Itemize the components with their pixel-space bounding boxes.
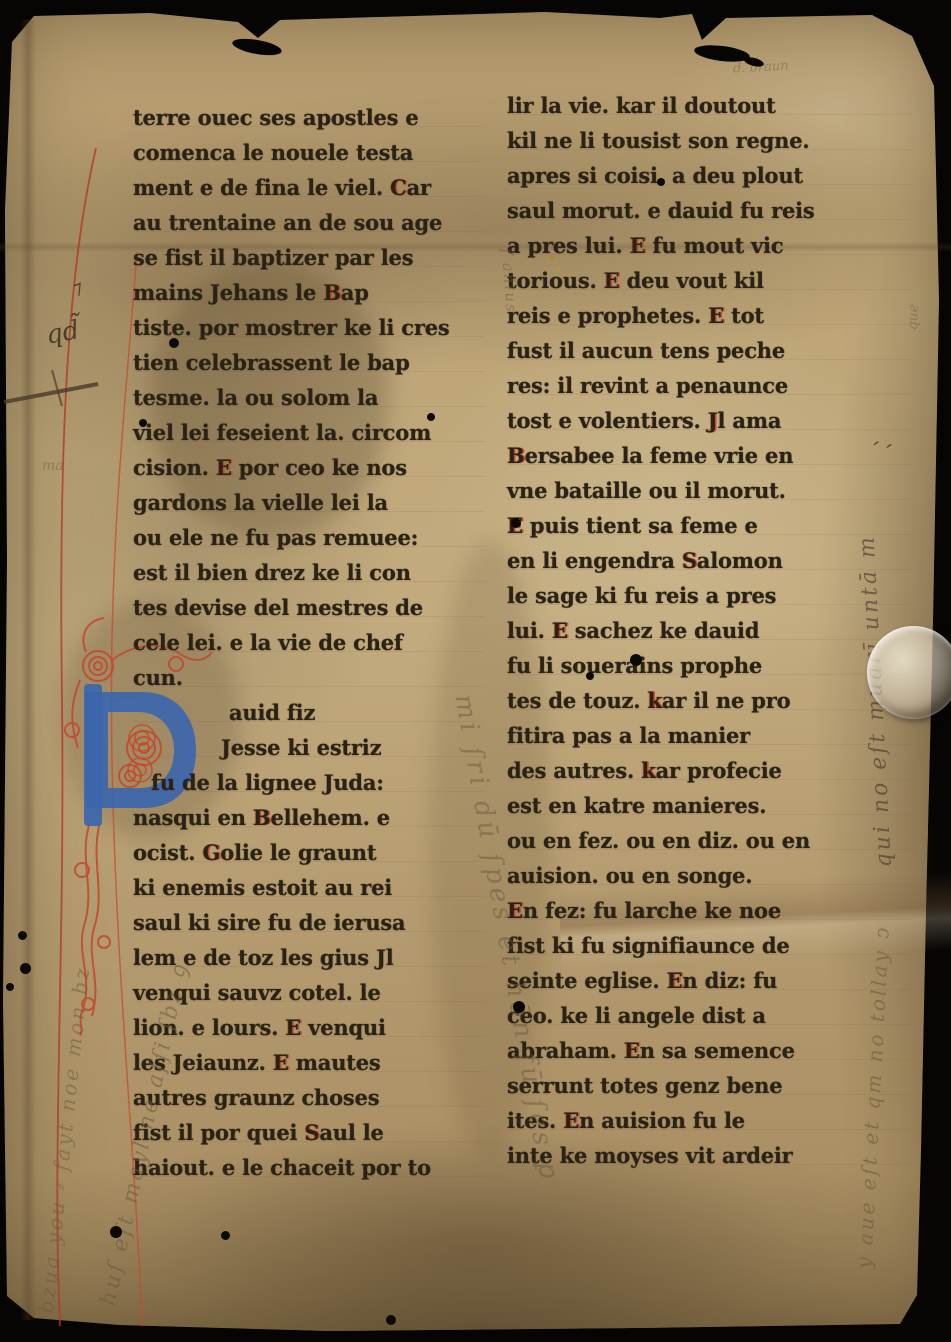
- manuscript-text-line: kil ne li tousist son regne.: [507, 123, 911, 158]
- manuscript-text-line: saul morut. e dauid fu reis: [507, 193, 911, 228]
- manuscript-text-line: Jesse ki estriz: [133, 730, 485, 765]
- manuscript-text-line: fist ki fu signifiaunce de: [507, 928, 911, 963]
- manuscript-scan: terre ouec ses apostles ecomenca le noue…: [0, 0, 951, 1342]
- manuscript-text-line: fitira pas a la manier: [507, 718, 911, 753]
- manuscript-text-line: serrunt totes genz bene: [507, 1068, 911, 1103]
- manuscript-text-line: ment e de fina le viel. Car: [133, 170, 485, 205]
- manuscript-text-line: comenca le nouele testa: [133, 135, 485, 170]
- ink-spot: [139, 419, 147, 427]
- manuscript-text-line: le sage ki fu reis a pres: [507, 578, 911, 613]
- manuscript-text-line: lion. e lours. E venqui: [133, 1010, 485, 1045]
- manuscript-text-line: ites. En auision fu le: [507, 1103, 911, 1138]
- manuscript-text-line: seinte eglise. En diz: fu: [507, 963, 911, 998]
- ink-spot: [386, 1315, 396, 1325]
- manuscript-text-line: gardons la vielle lei la: [133, 485, 485, 520]
- text-column-right: lir la vie. kar il doutoutkil ne li tous…: [507, 88, 911, 1173]
- manuscript-text-line: mains Jehans le Bap: [133, 275, 485, 310]
- ink-spot: [110, 1226, 122, 1238]
- manuscript-text-line: fust il aucun tens peche: [507, 333, 911, 368]
- manuscript-text-line: autres graunz choses: [133, 1080, 485, 1115]
- manuscript-text-line: ocist. Golie le graunt: [133, 835, 485, 870]
- manuscript-text-line: auision. ou en songe.: [507, 858, 911, 893]
- manuscript-text-line: fu de la lignee Juda:: [133, 765, 485, 800]
- manuscript-text-line: apres si coisi. a deu plout: [507, 158, 911, 193]
- manuscript-text-line: torious. E deu vout kil: [507, 263, 911, 298]
- text-column-left: terre ouec ses apostles ecomenca le noue…: [133, 100, 485, 1185]
- manuscript-text-line: vne bataille ou il morut.: [507, 473, 911, 508]
- manuscript-text-line: res: il revint a penaunce: [507, 368, 911, 403]
- manuscript-text-line: tesme. la ou solom la: [133, 380, 485, 415]
- ink-spot: [427, 413, 435, 421]
- manuscript-text-line: lir la vie. kar il doutout: [507, 88, 911, 123]
- manuscript-text-line: fu li souerains prophe: [507, 648, 911, 683]
- ink-spot: [169, 338, 179, 348]
- manuscript-text-line: haiout. e le chaceit por to: [133, 1150, 485, 1185]
- manuscript-text-line: ou en fez. ou en diz. ou en: [507, 823, 911, 858]
- ink-spot: [586, 672, 594, 680]
- manuscript-text-line: les Jeiaunz. E mautes: [133, 1045, 485, 1080]
- ink-spot: [18, 931, 27, 940]
- manuscript-text-line: tiste. por mostrer ke li cres: [133, 310, 485, 345]
- manuscript-text-line: lui. E sachez ke dauid: [507, 613, 911, 648]
- manuscript-text-line: tes de touz. kar il ne pro: [507, 683, 911, 718]
- manuscript-text-line: cision. E por ceo ke nos: [133, 450, 485, 485]
- manuscript-text-line: est il bien drez ke li con: [133, 555, 485, 590]
- manuscript-text-line: a pres lui. E fu mout vic: [507, 228, 911, 263]
- ink-spot: [221, 1231, 230, 1240]
- manuscript-text-line: inte ke moyses vit ardeir: [507, 1138, 911, 1173]
- ink-spot: [513, 1001, 525, 1013]
- manuscript-text-line: nasqui en Bellehem. e: [133, 800, 485, 835]
- manuscript-text-line: En fez: fu larche ke noe: [507, 893, 911, 928]
- manuscript-text-line: cele lei. e la vie de chef: [133, 625, 485, 660]
- manuscript-text-line: terre ouec ses apostles e: [133, 100, 485, 135]
- manuscript-text-line: cun.: [133, 660, 485, 695]
- manuscript-text-line: reis e prophetes. E tot: [507, 298, 911, 333]
- manuscript-text-line: saul ki sire fu de ierusa: [133, 905, 485, 940]
- manuscript-text-line: tien celebrassent le bap: [133, 345, 485, 380]
- manuscript-text-line: ki enemis estoit au rei: [133, 870, 485, 905]
- ink-spot: [630, 654, 642, 666]
- manuscript-text-line: est en katre manieres.: [507, 788, 911, 823]
- manuscript-text-line: abraham. En sa semence: [507, 1033, 911, 1068]
- ink-spot: [6, 983, 14, 991]
- manuscript-text-line: se fist il baptizer par les: [133, 240, 485, 275]
- ink-spot: [657, 178, 665, 186]
- manuscript-text-line: au trentaine an de sou age: [133, 205, 485, 240]
- manuscript-text-line: ceo. ke li angele dist a: [507, 998, 911, 1033]
- manuscript-text-line: tost e volentiers. Jl ama: [507, 403, 911, 438]
- manuscript-text-line: fist il por quei Saul le: [133, 1115, 485, 1150]
- manuscript-text-line: en li engendra Salomon: [507, 543, 911, 578]
- manuscript-text-line: venqui sauvz cotel. le: [133, 975, 485, 1010]
- manuscript-text-line: des autres. kar profecie: [507, 753, 911, 788]
- manuscript-text-line: ou ele ne fu pas remuee:: [133, 520, 485, 555]
- glass-weight: [867, 626, 951, 719]
- manuscript-text-line: tes devise del mestres de: [133, 590, 485, 625]
- manuscript-text-line: E puis tient sa feme e: [507, 508, 911, 543]
- ink-spot: [20, 963, 31, 974]
- manuscript-text-line: lem e de toz les gius Jl: [133, 940, 485, 975]
- ink-spot: [511, 518, 521, 528]
- manuscript-text-line: Bersabee la feme vrie en: [507, 438, 911, 473]
- manuscript-text-line: auid fiz: [133, 695, 485, 730]
